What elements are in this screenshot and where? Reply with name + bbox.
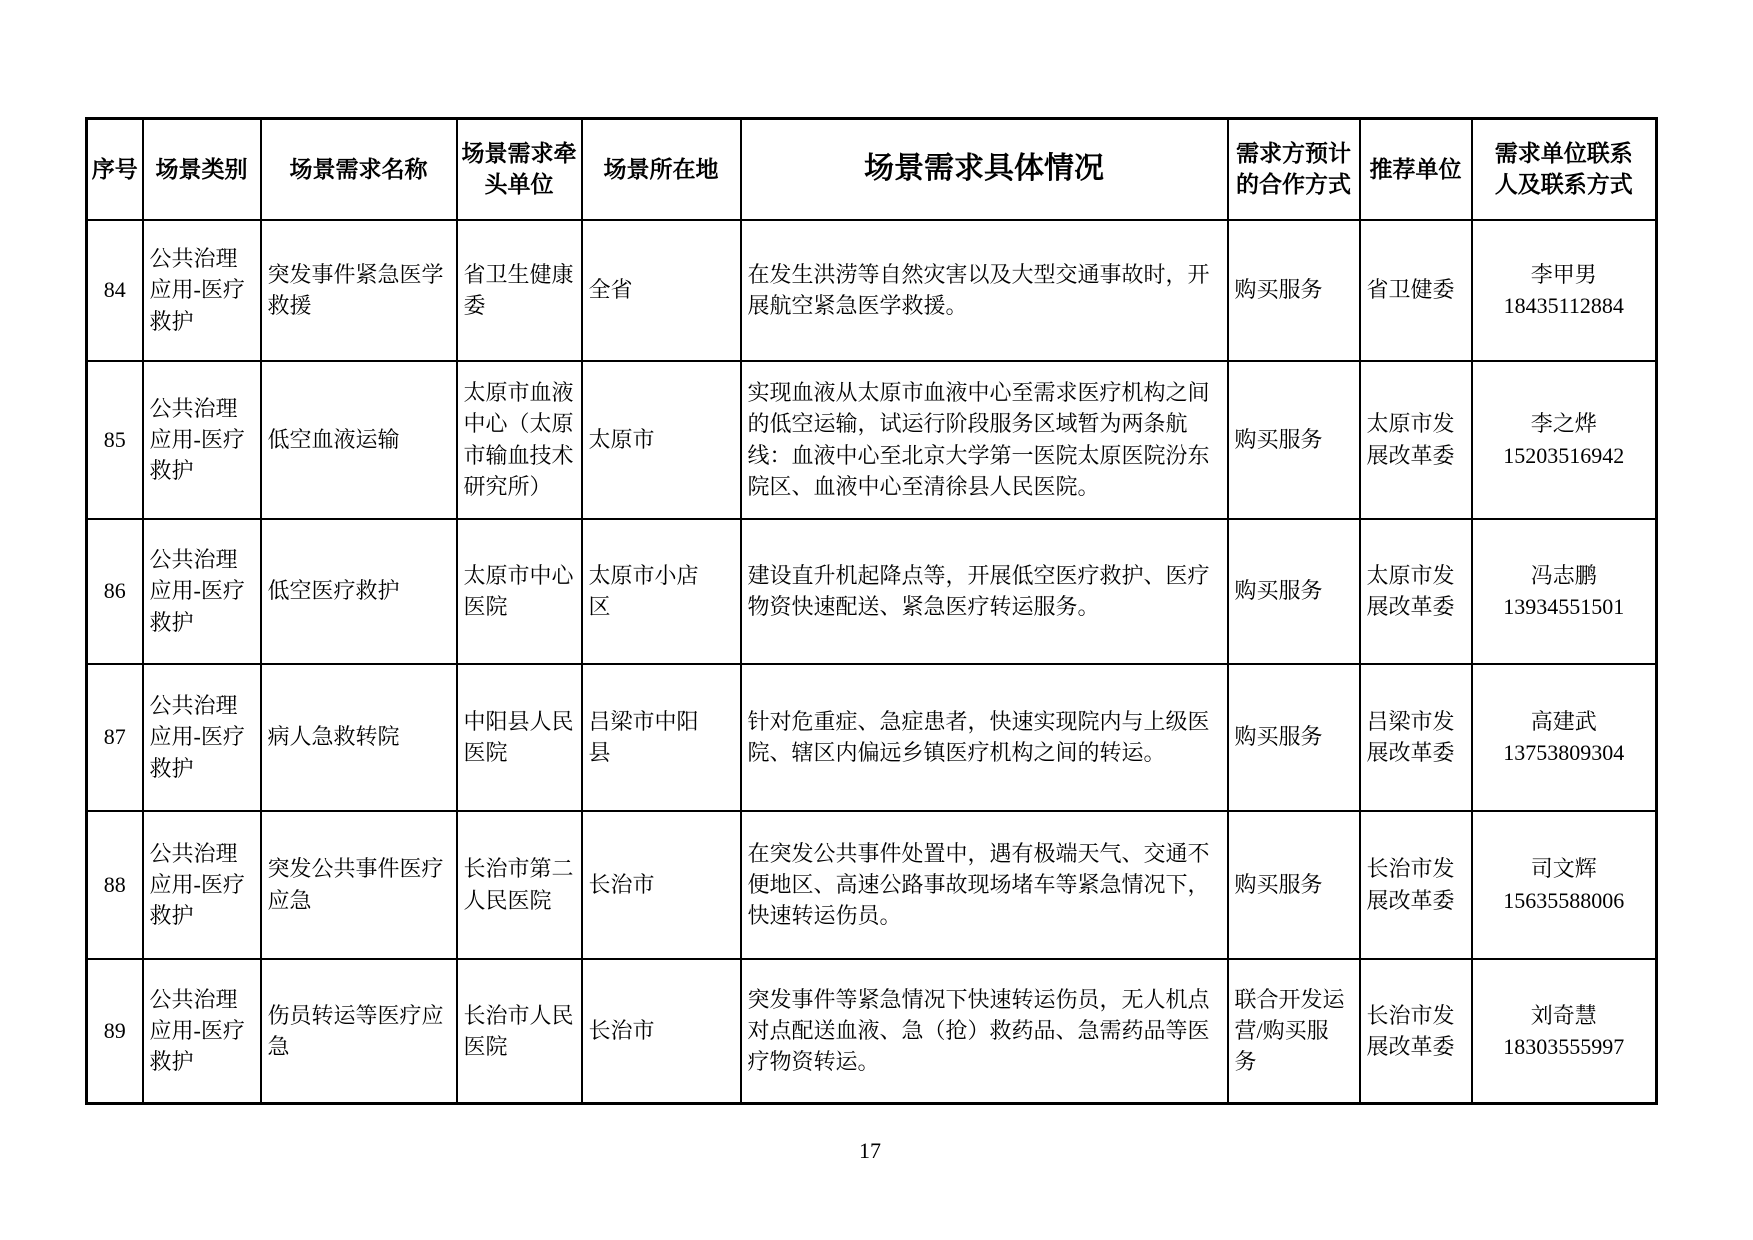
cell-cooperation: 购买服务 [1228,664,1360,811]
cell-lead-unit: 中阳县人民 医院 [457,664,582,811]
cell-recommender: 吕梁市发 展改革委 [1360,664,1472,811]
cell-category: 公共治理 应用-医疗 救护 [143,664,261,811]
cell-category: 公共治理 应用-医疗 救护 [143,361,261,519]
cell-recommender: 太原市发 展改革委 [1360,361,1472,519]
cell-recommender: 长治市发 展改革委 [1360,811,1472,959]
cell-demand-name: 突发公共事件医疗 应急 [261,811,457,959]
cell-recommender: 太原市发 展改革委 [1360,519,1472,664]
cell-recommender: 长治市发 展改革委 [1360,959,1472,1104]
cell-category: 公共治理 应用-医疗 救护 [143,959,261,1104]
header-cooperation: 需求方预计 的合作方式 [1228,119,1360,220]
cell-serial: 84 [87,220,143,361]
cell-cooperation: 购买服务 [1228,519,1360,664]
cell-serial: 89 [87,959,143,1104]
scene-demand-table: 序号 场景类别 场景需求名称 场景需求牵 头单位 场景所在地 场景需求具体情况 … [85,117,1658,1105]
cell-category: 公共治理 应用-医疗 救护 [143,519,261,664]
cell-location: 吕梁市中阳 县 [582,664,741,811]
cell-contact: 冯志鹏 13934551501 [1472,519,1657,664]
table-row: 87 公共治理 应用-医疗 救护 病人急救转院 中阳县人民 医院 吕梁市中阳 县… [87,664,1657,811]
table-row: 88 公共治理 应用-医疗 救护 突发公共事件医疗 应急 长治市第二 人民医院 … [87,811,1657,959]
header-serial: 序号 [87,119,143,220]
cell-location: 全省 [582,220,741,361]
cell-serial: 87 [87,664,143,811]
cell-lead-unit: 长治市人民 医院 [457,959,582,1104]
cell-lead-unit: 长治市第二 人民医院 [457,811,582,959]
cell-demand-name: 低空医疗救护 [261,519,457,664]
document-page: 序号 场景类别 场景需求名称 场景需求牵 头单位 场景所在地 场景需求具体情况 … [0,0,1753,1240]
header-details: 场景需求具体情况 [741,119,1228,220]
header-category: 场景类别 [143,119,261,220]
cell-location: 长治市 [582,959,741,1104]
cell-lead-unit: 太原市血液 中心（太原 市输血技术 研究所） [457,361,582,519]
cell-serial: 86 [87,519,143,664]
cell-contact: 刘奇慧 18303555997 [1472,959,1657,1104]
cell-cooperation: 购买服务 [1228,811,1360,959]
cell-details: 针对危重症、急症患者，快速实现院内与上级医 院、辖区内偏远乡镇医疗机构之间的转运… [741,664,1228,811]
cell-contact: 李之烨 15203516942 [1472,361,1657,519]
cell-contact: 高建武 13753809304 [1472,664,1657,811]
cell-cooperation: 购买服务 [1228,220,1360,361]
cell-lead-unit: 太原市中心 医院 [457,519,582,664]
cell-serial: 88 [87,811,143,959]
table-row: 85 公共治理 应用-医疗 救护 低空血液运输 太原市血液 中心（太原 市输血技… [87,361,1657,519]
cell-lead-unit: 省卫生健康 委 [457,220,582,361]
cell-demand-name: 病人急救转院 [261,664,457,811]
cell-category: 公共治理 应用-医疗 救护 [143,220,261,361]
cell-cooperation: 联合开发运 营/购买服 务 [1228,959,1360,1104]
cell-location: 太原市小店 区 [582,519,741,664]
cell-serial: 85 [87,361,143,519]
cell-details: 突发事件等紧急情况下快速转运伤员，无人机点 对点配送血液、急（抢）救药品、急需药… [741,959,1228,1104]
table-row: 86 公共治理 应用-医疗 救护 低空医疗救护 太原市中心 医院 太原市小店 区… [87,519,1657,664]
cell-demand-name: 低空血液运输 [261,361,457,519]
cell-demand-name: 突发事件紧急医学 救援 [261,220,457,361]
table-row: 89 公共治理 应用-医疗 救护 伤员转运等医疗应 急 长治市人民 医院 长治市… [87,959,1657,1104]
header-contact: 需求单位联系 人及联系方式 [1472,119,1657,220]
table-header-row: 序号 场景类别 场景需求名称 场景需求牵 头单位 场景所在地 场景需求具体情况 … [87,119,1657,220]
cell-details: 建设直升机起降点等，开展低空医疗救护、医疗 物资快速配送、紧急医疗转运服务。 [741,519,1228,664]
header-lead-unit: 场景需求牵 头单位 [457,119,582,220]
cell-category: 公共治理 应用-医疗 救护 [143,811,261,959]
cell-contact: 司文辉 15635588006 [1472,811,1657,959]
cell-contact: 李甲男 18435112884 [1472,220,1657,361]
header-location: 场景所在地 [582,119,741,220]
cell-location: 长治市 [582,811,741,959]
header-demand-name: 场景需求名称 [261,119,457,220]
cell-location: 太原市 [582,361,741,519]
cell-details: 在发生洪涝等自然灾害以及大型交通事故时，开 展航空紧急医学救援。 [741,220,1228,361]
cell-cooperation: 购买服务 [1228,361,1360,519]
header-recommender: 推荐单位 [1360,119,1472,220]
cell-details: 在突发公共事件处置中，遇有极端天气、交通不 便地区、高速公路事故现场堵车等紧急情… [741,811,1228,959]
table-row: 84 公共治理 应用-医疗 救护 突发事件紧急医学 救援 省卫生健康 委 全省 … [87,220,1657,361]
cell-details: 实现血液从太原市血液中心至需求医疗机构之间 的低空运输，试运行阶段服务区域暂为两… [741,361,1228,519]
cell-demand-name: 伤员转运等医疗应 急 [261,959,457,1104]
page-number: 17 [0,1138,1740,1164]
cell-recommender: 省卫健委 [1360,220,1472,361]
